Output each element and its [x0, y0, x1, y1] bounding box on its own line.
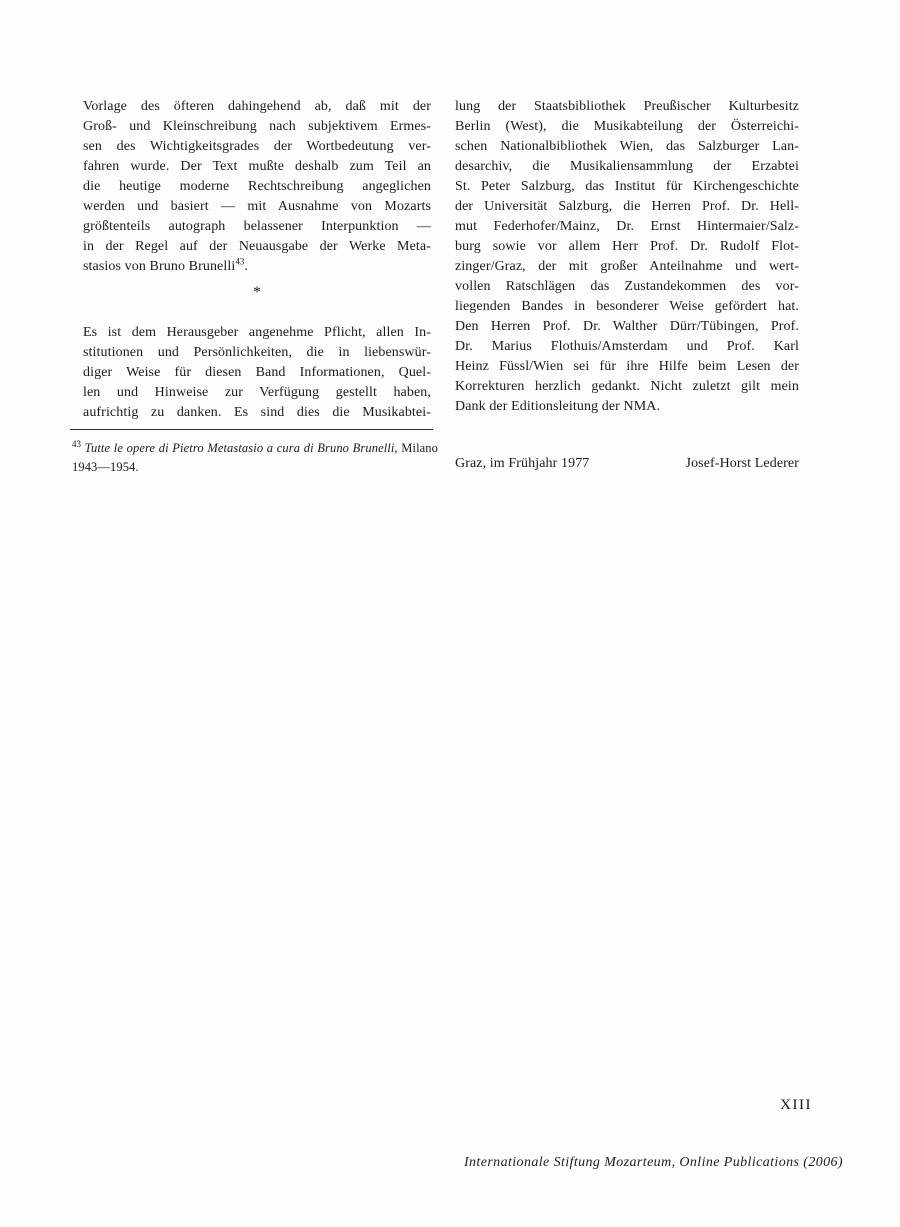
footnote-reference-43: 43: [235, 256, 244, 266]
footnote-rule: [70, 429, 433, 430]
paragraph-acknowledgements-lastline: Dank der Editionsleitung der NMA.: [455, 397, 799, 417]
signature-place-date: Graz, im Frühjahr 1977: [455, 450, 589, 474]
footnote-43-marker: 43: [72, 439, 81, 449]
paragraph-acknowledgements-continued: lung der Staatsbibliothek Preußischer Ku…: [455, 97, 799, 397]
right-text-column: lung der Staatsbibliothek Preußischer Ku…: [455, 97, 799, 474]
publisher-footer: Internationale Stiftung Mozarteum, Onlin…: [464, 1155, 843, 1171]
paragraph-acknowledgements-start: Es ist dem Herausgeber angenehme Pflicht…: [83, 323, 431, 423]
signature-row: Graz, im Frühjahr 1977 Josef-Horst Leder…: [455, 450, 799, 474]
asterisk-separator: *: [83, 283, 431, 303]
scanned-document-page: Vorlage des öfteren dahingehend ab, daß …: [0, 0, 900, 1227]
footnote-43: 43 Tutte le opere di Pietro Metastasio a…: [72, 439, 438, 477]
paragraph-lastline-period: .: [244, 259, 248, 274]
paragraph-editorial-practice-lastline: stasios von Bruno Brunelli43.: [83, 257, 431, 277]
page-number: XIII: [780, 1097, 812, 1114]
paragraph-editorial-practice-body: Vorlage des öfteren dahingehend ab, daß …: [83, 97, 431, 257]
left-text-column: Vorlage des öfteren dahingehend ab, daß …: [83, 97, 431, 477]
paragraph-lastline-text: stasios von Bruno Brunelli: [83, 259, 235, 274]
signature-author-name: Josef-Horst Lederer: [686, 454, 799, 474]
footnote-43-title-italic: Tutte le opere di Pietro Metastasio a cu…: [81, 441, 398, 455]
